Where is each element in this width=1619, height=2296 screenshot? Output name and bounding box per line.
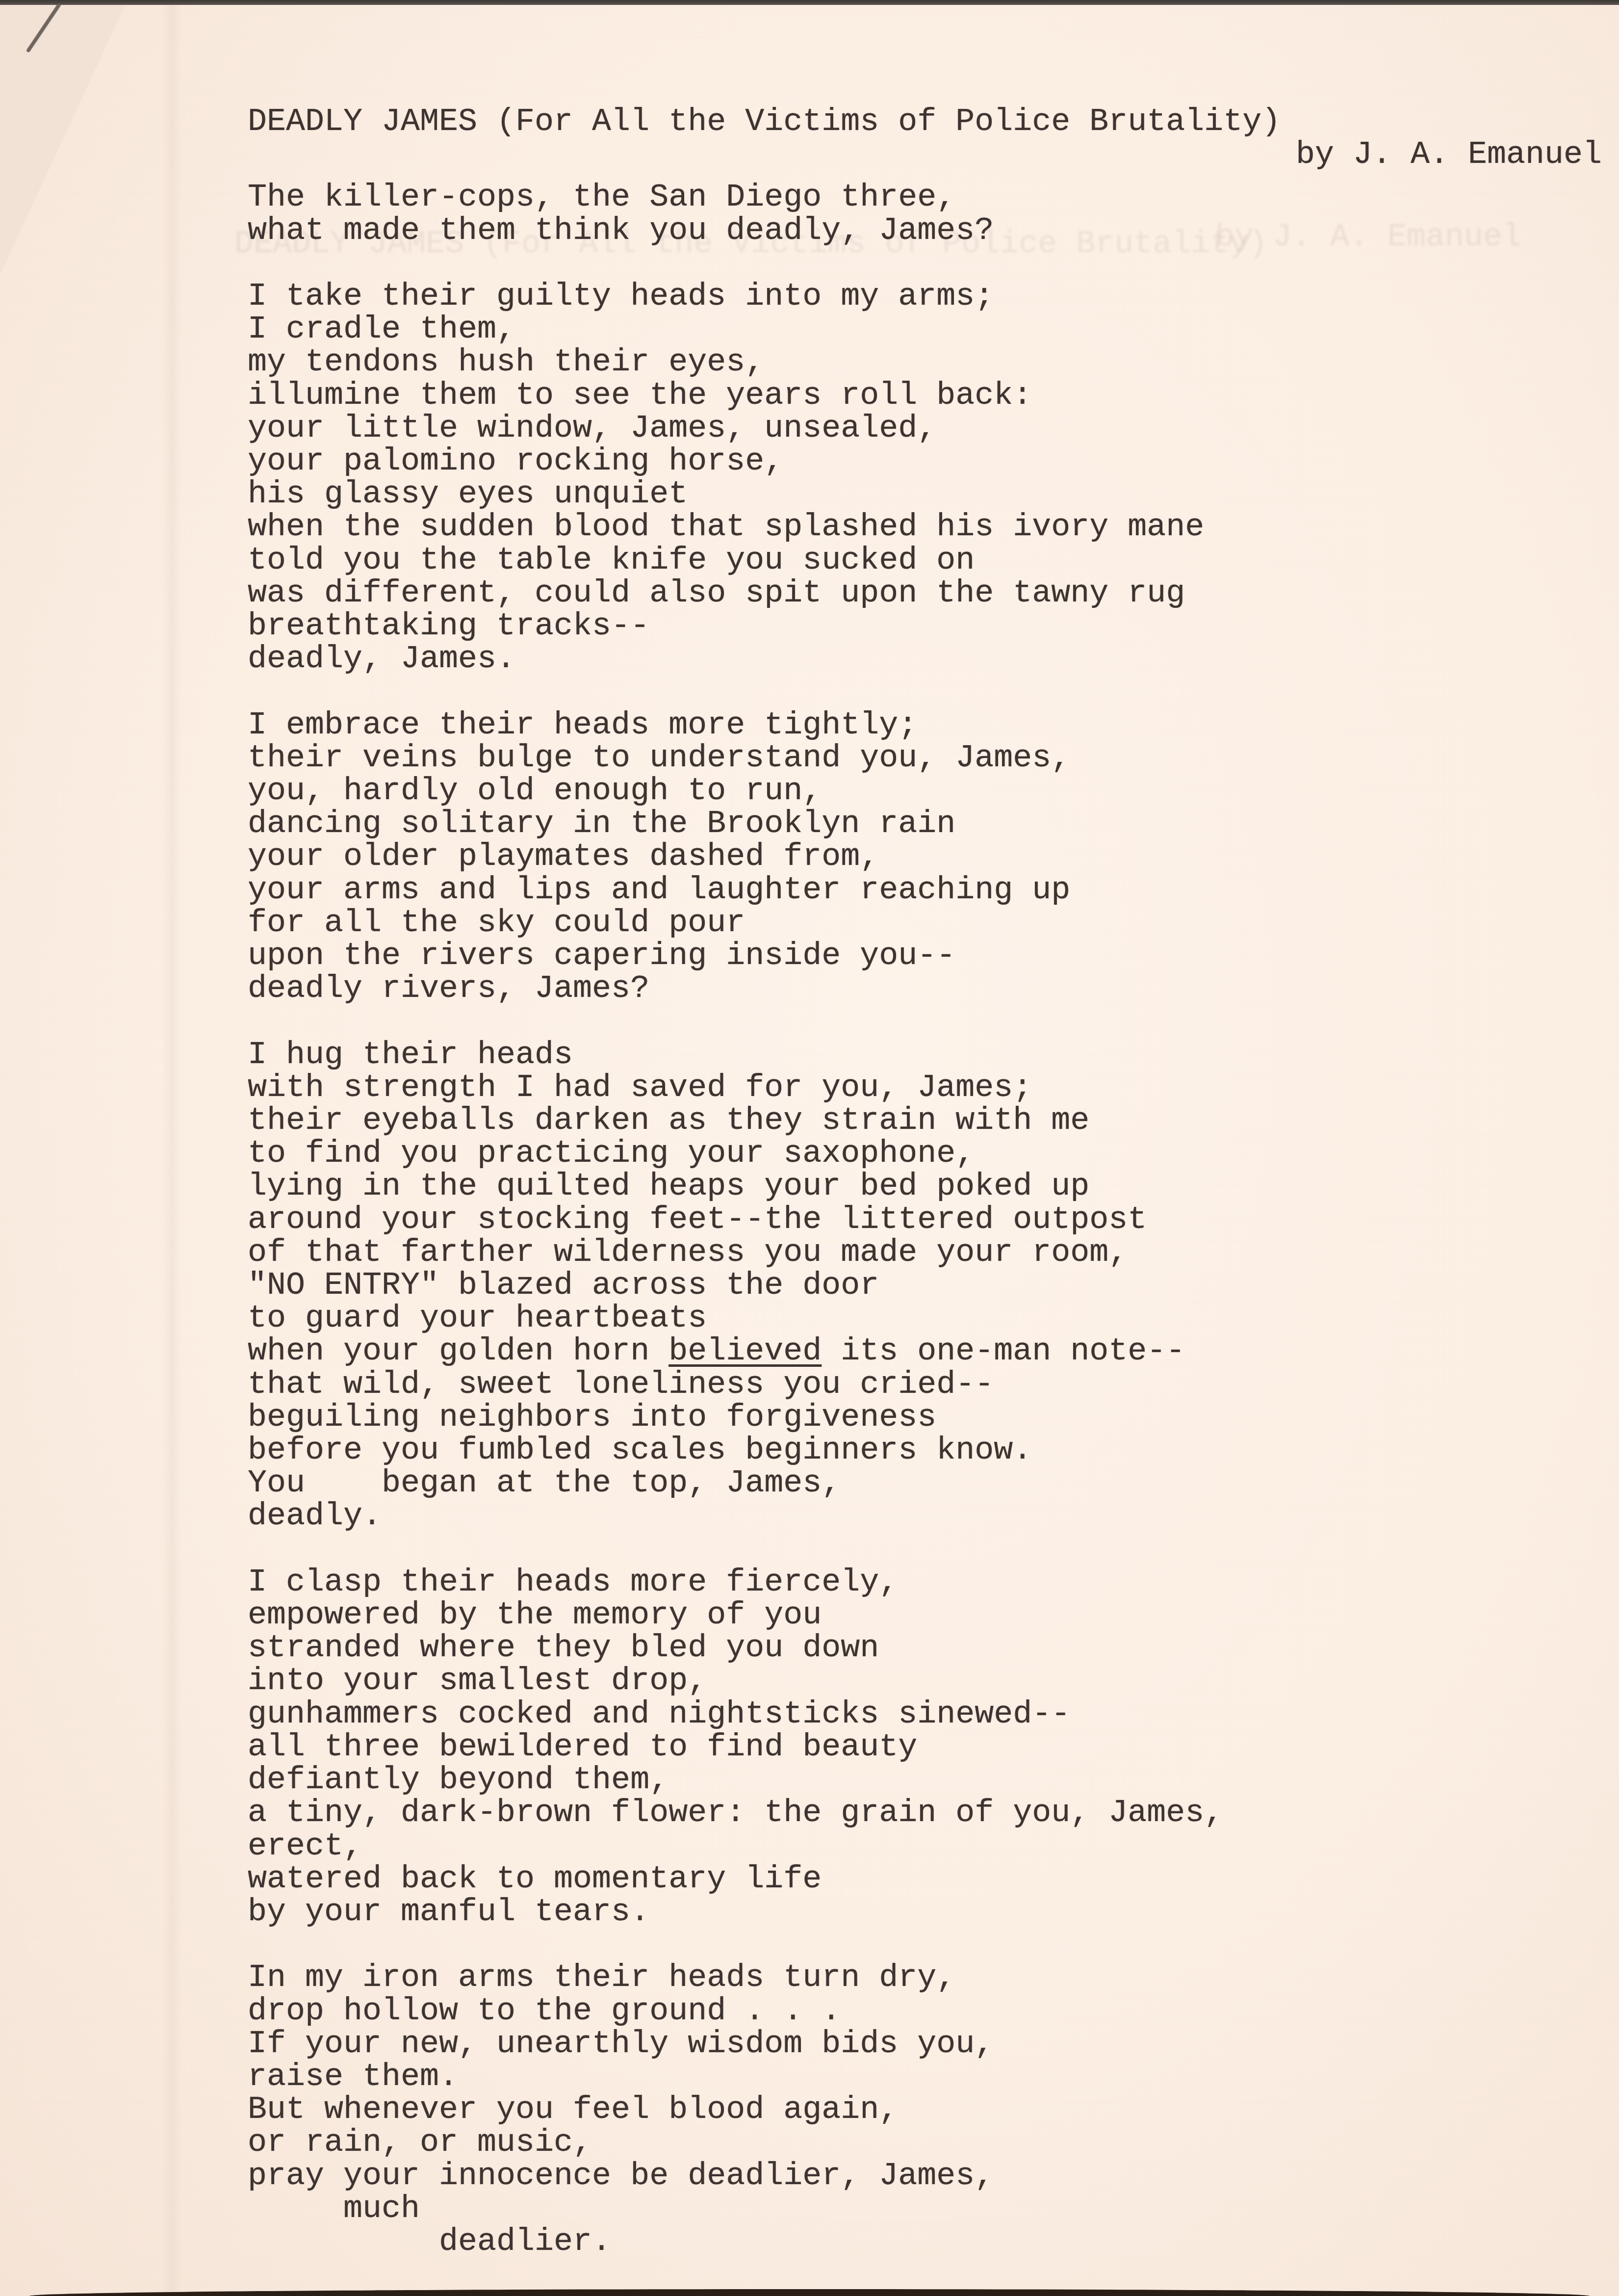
poem-line: when the sudden blood that splashed his … (248, 511, 1619, 544)
poem-line: "NO ENTRY" blazed across the door (248, 1269, 1619, 1302)
stanza-6: In my iron arms their heads turn dry,dro… (248, 1961, 1619, 2258)
poem-line: was different, could also spit upon the … (248, 577, 1619, 610)
poem-line: their eyeballs darken as they strain wit… (248, 1104, 1619, 1137)
poem-line: pray your innocence be deadlier, James, (248, 2160, 1619, 2192)
poem-line: that wild, sweet loneliness you cried-- (248, 1368, 1619, 1401)
poem-line: erect, (248, 1830, 1619, 1863)
poem-line: deadlier. (248, 2225, 1619, 2258)
stanza-2: I take their guilty heads into my arms;I… (248, 280, 1619, 676)
poem-line: If your new, unearthly wisdom bids you, (248, 2028, 1619, 2061)
poem-line: But whenever you feel blood again, (248, 2093, 1619, 2126)
poem-line: empowered by the memory of you (248, 1599, 1619, 1632)
poem-line: deadly, James. (248, 643, 1619, 676)
poem-line: by your manful tears. (248, 1896, 1619, 1929)
poem-line: I clasp their heads more fiercely, (248, 1566, 1619, 1599)
poem-line: your palomino rocking horse, (248, 445, 1619, 478)
poem-line: your arms and lips and laughter reaching… (248, 874, 1619, 907)
poem-line: I embrace their heads more tightly; (248, 709, 1619, 742)
poem-line: deadly rivers, James? (248, 972, 1619, 1005)
poem-line: to find you practicing your saxophone, (248, 1137, 1619, 1170)
paper-fold-shadow (162, 0, 181, 2296)
stanza-4: I hug their headswith strength I had sav… (248, 1039, 1619, 1533)
poem-line: beguiling neighbors into forgiveness (248, 1401, 1619, 1434)
poem-line: drop hollow to the ground . . . (248, 1995, 1619, 2028)
poem-line: their veins bulge to understand you, Jam… (248, 742, 1619, 775)
poem-line: a tiny, dark-brown flower: the grain of … (248, 1797, 1619, 1829)
stanza-3: I embrace their heads more tightly;their… (248, 709, 1619, 1006)
typed-page: DEADLY JAMES (For All the Victims of Pol… (248, 105, 1619, 2258)
poem-line: when your golden horn believed its one-m… (248, 1335, 1619, 1368)
poem-line: with strength I had saved for you, James… (248, 1071, 1619, 1104)
poem-line: your little window, James, unsealed, (248, 412, 1619, 445)
poem-line: gunhammers cocked and nightsticks sinewe… (248, 1698, 1619, 1731)
poem-line: upon the rivers capering inside you-- (248, 939, 1619, 972)
poem-line: around your stocking feet--the littered … (248, 1203, 1619, 1236)
poem-line: illumine them to see the years roll back… (248, 379, 1619, 412)
poem-line: stranded where they bled you down (248, 1632, 1619, 1665)
poem-line: before you fumbled scales beginners know… (248, 1434, 1619, 1467)
stanza-5: I clasp their heads more fiercely,empowe… (248, 1566, 1619, 1929)
poem-line: you, hardly old enough to run, (248, 775, 1619, 808)
poem-line: lying in the quilted heaps your bed poke… (248, 1170, 1619, 1203)
poem-line: what made them think you deadly, James? (248, 214, 1619, 247)
underlined-word: believed (668, 1333, 822, 1369)
poem-line: The killer-cops, the San Diego three, (248, 181, 1619, 214)
poem-line: into your smallest drop, (248, 1665, 1619, 1697)
poem-line: all three bewildered to find beauty (248, 1731, 1619, 1764)
poem-line: to guard your heartbeats (248, 1302, 1619, 1335)
poem-body: The killer-cops, the San Diego three,wha… (248, 181, 1619, 2258)
poem-line: deadly. (248, 1500, 1619, 1533)
poem-line: of that farther wilderness you made your… (248, 1236, 1619, 1269)
poem-line: my tendons hush their eyes, (248, 346, 1619, 379)
poem-line: I cradle them, (248, 313, 1619, 346)
poem-line: for all the sky could pour (248, 907, 1619, 939)
poem-line: much (248, 2192, 1619, 2225)
scan-edge-top (0, 0, 1619, 5)
poem-line: watered back to momentary life (248, 1863, 1619, 1896)
poem-line: defiantly beyond them, (248, 1764, 1619, 1797)
poem-line: I take their guilty heads into my arms; (248, 280, 1619, 313)
poem-line: your older playmates dashed from, (248, 840, 1619, 873)
poem-line: or rain, or music, (248, 2126, 1619, 2159)
poem-line: breathtaking tracks-- (248, 610, 1619, 643)
corner-fold (0, 0, 128, 275)
poem-title: DEADLY JAMES (For All the Victims of Pol… (248, 105, 1619, 138)
poem-line: told you the table knife you sucked on (248, 544, 1619, 577)
stanza-1: The killer-cops, the San Diego three,wha… (248, 181, 1619, 247)
poem-line: You began at the top, James, (248, 1467, 1619, 1500)
poem-line: raise them. (248, 2061, 1619, 2093)
poem-line: dancing solitary in the Brooklyn rain (248, 808, 1619, 840)
poem-line: I hug their heads (248, 1039, 1619, 1071)
poem-line: his glassy eyes unquiet (248, 478, 1619, 511)
poem-byline: by J. A. Emanuel (1296, 138, 1619, 171)
poem-line: In my iron arms their heads turn dry, (248, 1961, 1619, 1994)
